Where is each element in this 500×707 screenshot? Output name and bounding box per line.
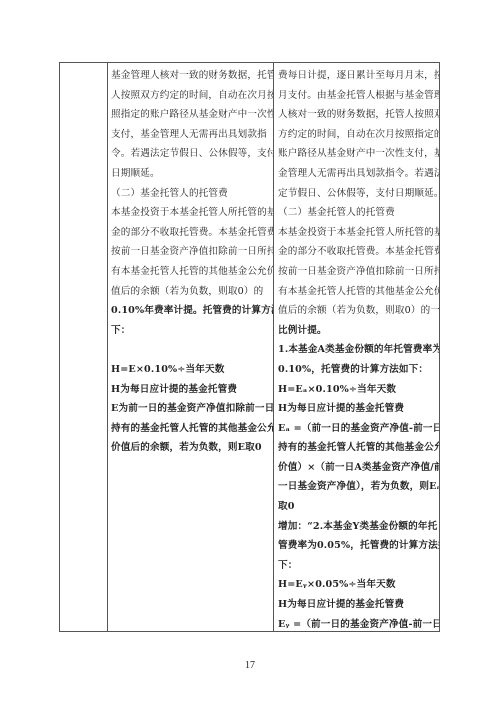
text-line: 按前一日基金资产净值扣除前一日所持 xyxy=(278,262,435,282)
text-line: H为每日应计提的基金托管费 xyxy=(111,380,269,400)
text-line: 基金管理人核对一致的财务数据，托管 xyxy=(111,66,269,86)
text-line: 有本基金托管人托管的其他基金公允价 xyxy=(111,262,269,282)
text-line: E为前一日的基金资产净值扣除前一日所 xyxy=(111,399,269,419)
text-line: 金的部分不收取托管费。本基金托管费 xyxy=(111,223,269,243)
text-line: 管费率为0.05%，托管费的计算方法如 xyxy=(278,536,435,556)
text-line: 下： xyxy=(278,556,435,576)
text-line: 持有的基金托管人托管的其他基金公允 xyxy=(278,438,435,458)
text-line: 定节假日、公休假等，支付日期顺延。 xyxy=(278,184,435,204)
table-column-index xyxy=(60,63,108,631)
text-line: 价值后的余额，若为负数，则E取0 xyxy=(111,438,269,458)
text-line: 方约定的时间，自动在次月按照指定的 xyxy=(278,125,435,145)
text-line: 金的部分不收取托管费。本基金托管费 xyxy=(278,242,435,262)
table-column-revised: 费每日计提，逐日累计至每月月末，按月支付。由基金托管人根据与基金管理人核对一致的… xyxy=(274,63,439,631)
text-line: 价值）×（前一日A类基金资产净值/前 xyxy=(278,458,435,478)
text-line: H为每日应计提的基金托管费 xyxy=(278,399,435,419)
text-line: 1.本基金A类基金份额的年托管费率为 xyxy=(278,340,435,360)
text-line: （二）基金托管人的托管费 xyxy=(111,184,269,204)
text-line: H为每日应计提的基金托管费 xyxy=(278,595,435,615)
text-line: 0.10%，托管费的计算方法如下： xyxy=(278,360,435,380)
text-line: 本基金投资于本基金托管人所托管的基 xyxy=(278,223,435,243)
text-line: 账户路径从基金财产中一次性支付，基 xyxy=(278,144,435,164)
text-line: （二）基金托管人的托管费 xyxy=(278,203,435,223)
text-line xyxy=(111,340,269,360)
text-line: 值后的余额（若为负数，则取0）的一定 xyxy=(278,301,435,321)
text-line: H=Eₐ×0.10%÷当年天数 xyxy=(278,380,435,400)
text-line: 持有的基金托管人托管的其他基金公允 xyxy=(111,419,269,439)
text-line: 金管理人无需再出具划款指令。若遇法 xyxy=(278,164,435,184)
page-number: 17 xyxy=(0,660,500,671)
text-line: Eᵧ =（前一日的基金资产净值-前一日所 xyxy=(278,615,435,631)
text-line: 人核对一致的财务数据，托管人按照双 xyxy=(278,105,435,125)
table-column-original: 基金管理人核对一致的财务数据，托管人按照双方约定的时间，自动在次月按照指定的账户… xyxy=(108,63,274,631)
text-line: 有本基金托管人托管的其他基金公允价 xyxy=(278,282,435,302)
text-line: 增加：“2.本基金Y类基金份额的年托 xyxy=(278,517,435,537)
text-line: 人按照双方约定的时间，自动在次月按 xyxy=(111,86,269,106)
text-line: 下： xyxy=(111,321,269,341)
text-line: 比例计提。 xyxy=(278,321,435,341)
text-line: H=Eᵧ×0.05%÷当年天数 xyxy=(278,575,435,595)
text-line: 照指定的账户路径从基金财产中一次性 xyxy=(111,105,269,125)
text-line: 本基金投资于本基金托管人所托管的基 xyxy=(111,203,269,223)
text-line: 取0 xyxy=(278,497,435,517)
text-line: 值后的余额（若为负数，则取0）的 xyxy=(111,282,269,302)
text-line: 日期顺延。 xyxy=(111,164,269,184)
text-line: 按前一日基金资产净值扣除前一日所持 xyxy=(111,242,269,262)
text-line: 令。若遇法定节假日、公休假等，支付 xyxy=(111,144,269,164)
text-line: 一日基金资产净值），若为负数，则Eₐ xyxy=(278,477,435,497)
text-line: H=E×0.10%÷当年天数 xyxy=(111,360,269,380)
text-line: 支付，基金管理人无需再出具划款指 xyxy=(111,125,269,145)
comparison-table: 基金管理人核对一致的财务数据，托管人按照双方约定的时间，自动在次月按照指定的账户… xyxy=(59,62,440,632)
text-line: Eₐ =（前一日的基金资产净值-前一日所 xyxy=(278,419,435,439)
text-line: 费每日计提，逐日累计至每月月末，按 xyxy=(278,66,435,86)
text-line: 0.10%年费率计提。托管费的计算方法如 xyxy=(111,301,269,321)
text-line: 月支付。由基金托管人根据与基金管理 xyxy=(278,86,435,106)
